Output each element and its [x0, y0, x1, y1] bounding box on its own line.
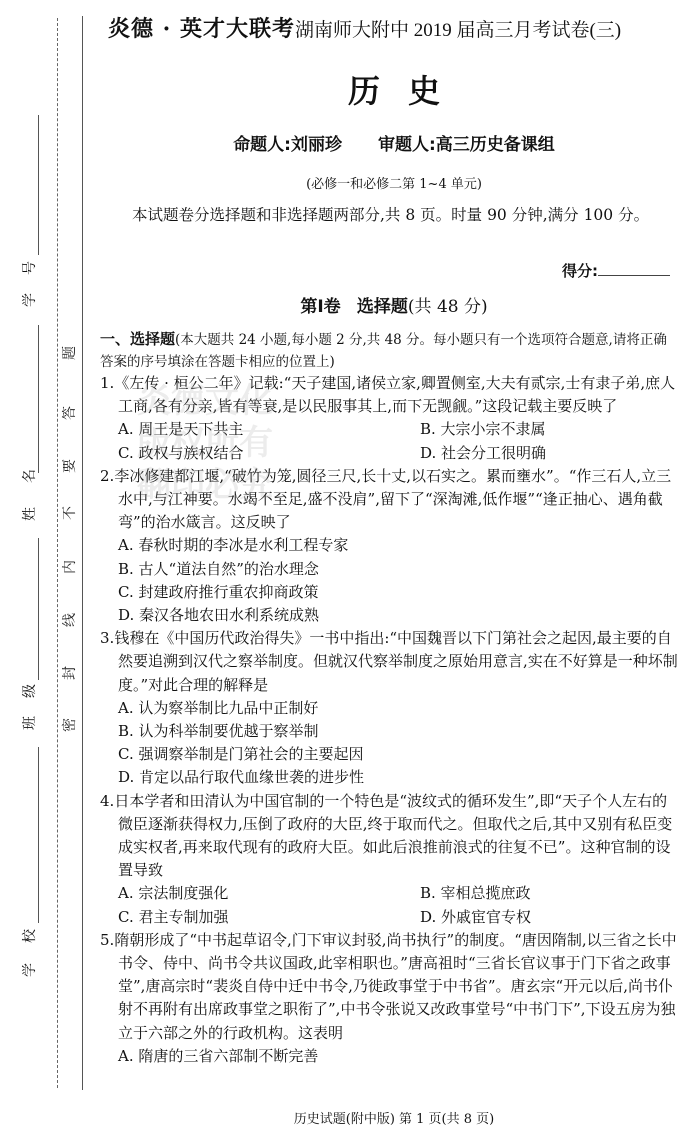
field-label-name: 姓	[22, 506, 38, 522]
binding-line	[82, 16, 83, 1090]
option-b[interactable]: B. 认为科举制要优越于察举制	[100, 720, 678, 743]
section-name: 选择题	[357, 297, 408, 317]
question-stem: 2.李冰修建都江堰,“破竹为笼,圆径三尺,长十丈,以石实之。累而壅水”。“作三石…	[100, 465, 678, 535]
options: A. 周王是天下共主 B. 大宗小宗不隶属 C. 政权与族权结合 D. 社会分工…	[100, 418, 678, 464]
field-label-class: 级	[22, 683, 38, 699]
seal-char: 答	[62, 405, 78, 421]
option-a[interactable]: A. 隋唐的三省六部制不断完善	[100, 1045, 678, 1068]
binding-margin: 号 学 名 姓 级 班 校 学 题 答 要 不 内 线 封 密	[0, 0, 100, 1144]
exam-header: 炎德 · 英才大联考湖南师大附中 2019 届高三月考试卷(三)	[108, 12, 621, 43]
question-number: 4.	[100, 792, 114, 810]
question-text: 李冰修建都江堰,“破竹为笼,圆径三尺,长十丈,以石实之。累而壅水”。“作三石人,…	[114, 467, 671, 531]
section-instructions: 一、选择题(本大题共 24 小题,每小题 2 分,共 48 分。每小题只有一个选…	[100, 328, 678, 373]
question-number: 2.	[100, 467, 114, 485]
option-a[interactable]: A. 春秋时期的李冰是水利工程专家	[100, 534, 678, 557]
header-brand: 炎德 · 英才大联考	[108, 16, 295, 42]
cut-line-dashed	[57, 18, 58, 1088]
header-subtitle: 湖南师大附中 2019 届高三月考试卷(三)	[295, 20, 621, 41]
option-c[interactable]: C. 强调察举制是门第社会的主要起因	[100, 743, 678, 766]
reviewer: 审题人:高三历史备课组	[378, 135, 555, 155]
question-stem: 4.日本学者和田清认为中国官制的一个特色是“波纹式的循环发生”,即“天子个人左右…	[100, 790, 678, 883]
option-a[interactable]: A. 周王是天下共主	[118, 418, 420, 441]
question-5: 5.隋朝形成了“中书起草诏令,门下审议封驳,尚书执行”的制度。“唐因隋制,以三省…	[100, 929, 678, 1068]
page-title: 历史	[100, 66, 688, 112]
question-stem: 3.钱穆在《中国历代政治得失》一书中指出:“中国魏晋以下门第社会之起因,最主要的…	[100, 627, 678, 697]
question-text: 日本学者和田清认为中国官制的一个特色是“波纹式的循环发生”,即“天子个人左右的微…	[114, 792, 672, 880]
class-line	[38, 538, 39, 680]
field-label-school: 校	[22, 928, 38, 944]
option-a[interactable]: A. 认为察举制比九品中正制好	[100, 697, 678, 720]
option-c[interactable]: C. 君主专制加强	[118, 906, 420, 929]
option-a[interactable]: A. 宗法制度强化	[118, 882, 420, 905]
seal-char: 内	[62, 559, 78, 575]
option-b[interactable]: B. 宰相总揽庶政	[420, 882, 678, 905]
seal-char: 密	[62, 717, 78, 733]
question-number: 5.	[100, 931, 114, 949]
option-d[interactable]: D. 秦汉各地农田水利系统成熟	[100, 604, 678, 627]
instructions-heading: 一、选择题	[100, 330, 175, 348]
section-points: (共 48 分)	[408, 297, 488, 317]
score-field: 得分:	[562, 260, 670, 281]
field-label-class: 班	[22, 715, 38, 731]
student-id-line	[38, 115, 39, 255]
field-label-student-id: 号	[22, 260, 38, 276]
seal-char: 不	[62, 505, 78, 521]
question-number: 1.	[100, 374, 114, 392]
question-stem: 1.《左传 · 桓公二年》记载:“天子建国,诸侯立家,卿置侧室,大夫有贰宗,士有…	[100, 372, 678, 418]
field-label-name: 名	[22, 468, 38, 484]
question-2: 2.李冰修建都江堰,“破竹为笼,圆径三尺,长十丈,以石实之。累而壅水”。“作三石…	[100, 465, 678, 627]
exam-intro: 本试题卷分选择题和非选择题两部分,共 8 页。时量 90 分钟,满分 100 分…	[100, 202, 676, 228]
name-line	[38, 325, 39, 473]
question-1: 1.《左传 · 桓公二年》记载:“天子建国,诸侯立家,卿置侧室,大夫有贰宗,士有…	[100, 372, 678, 465]
question-stem: 5.隋朝形成了“中书起草诏令,门下审议封驳,尚书执行”的制度。“唐因隋制,以三省…	[100, 929, 678, 1045]
score-blank[interactable]	[598, 261, 670, 276]
question-setter: 命题人:刘丽珍	[233, 135, 342, 155]
field-label-school: 学	[22, 962, 38, 978]
options: A. 宗法制度强化 B. 宰相总揽庶政 C. 君主专制加强 D. 外戚宦官专权	[100, 882, 678, 928]
question-number: 3.	[100, 629, 114, 647]
question-4: 4.日本学者和田清认为中国官制的一个特色是“波纹式的循环发生”,即“天子个人左右…	[100, 790, 678, 929]
instructions-text: (本大题共 24 小题,每小题 2 分,共 48 分。每小题只有一个选项符合题意…	[100, 332, 667, 370]
option-b[interactable]: B. 古人“道法自然”的治水理念	[100, 558, 678, 581]
question-text: 钱穆在《中国历代政治得失》一书中指出:“中国魏晋以下门第社会之起因,最主要的自然…	[114, 629, 677, 693]
option-d[interactable]: D. 社会分工很明确	[420, 442, 678, 465]
option-c[interactable]: C. 政权与族权结合	[118, 442, 420, 465]
question-text: 《左传 · 桓公二年》记载:“天子建国,诸侯立家,卿置侧室,大夫有贰宗,士有隶子…	[114, 374, 675, 415]
seal-char: 题	[62, 345, 78, 361]
authors: 命题人:刘丽珍审题人:高三历史备课组	[100, 130, 688, 155]
page-footer: 历史试题(附中版) 第 1 页(共 8 页)	[100, 1108, 688, 1127]
question-3: 3.钱穆在《中国历代政治得失》一书中指出:“中国魏晋以下门第社会之起因,最主要的…	[100, 627, 678, 789]
school-line	[38, 747, 39, 923]
section-part: 第Ⅰ卷	[300, 297, 340, 317]
score-label: 得分:	[562, 262, 598, 280]
option-d[interactable]: D. 肯定以品行取代血缘世袭的进步性	[100, 766, 678, 789]
field-label-student-id: 学	[22, 292, 38, 308]
seal-char: 线	[62, 612, 78, 628]
section-title: 第Ⅰ卷 选择题(共 48 分)	[100, 292, 688, 317]
seal-char: 封	[62, 665, 78, 681]
option-b[interactable]: B. 大宗小宗不隶属	[420, 418, 678, 441]
question-text: 隋朝形成了“中书起草诏令,门下审议封驳,尚书执行”的制度。“唐因隋制,以三省之长…	[114, 931, 676, 1042]
seal-char: 要	[62, 458, 78, 474]
option-c[interactable]: C. 封建政府推行重农抑商政策	[100, 581, 678, 604]
option-d[interactable]: D. 外戚宦官专权	[420, 906, 678, 929]
question-list: 1.《左传 · 桓公二年》记载:“天子建国,诸侯立家,卿置侧室,大夫有贰宗,士有…	[100, 372, 678, 1068]
exam-scope: (必修一和必修二第 1~4 单元)	[100, 173, 688, 192]
